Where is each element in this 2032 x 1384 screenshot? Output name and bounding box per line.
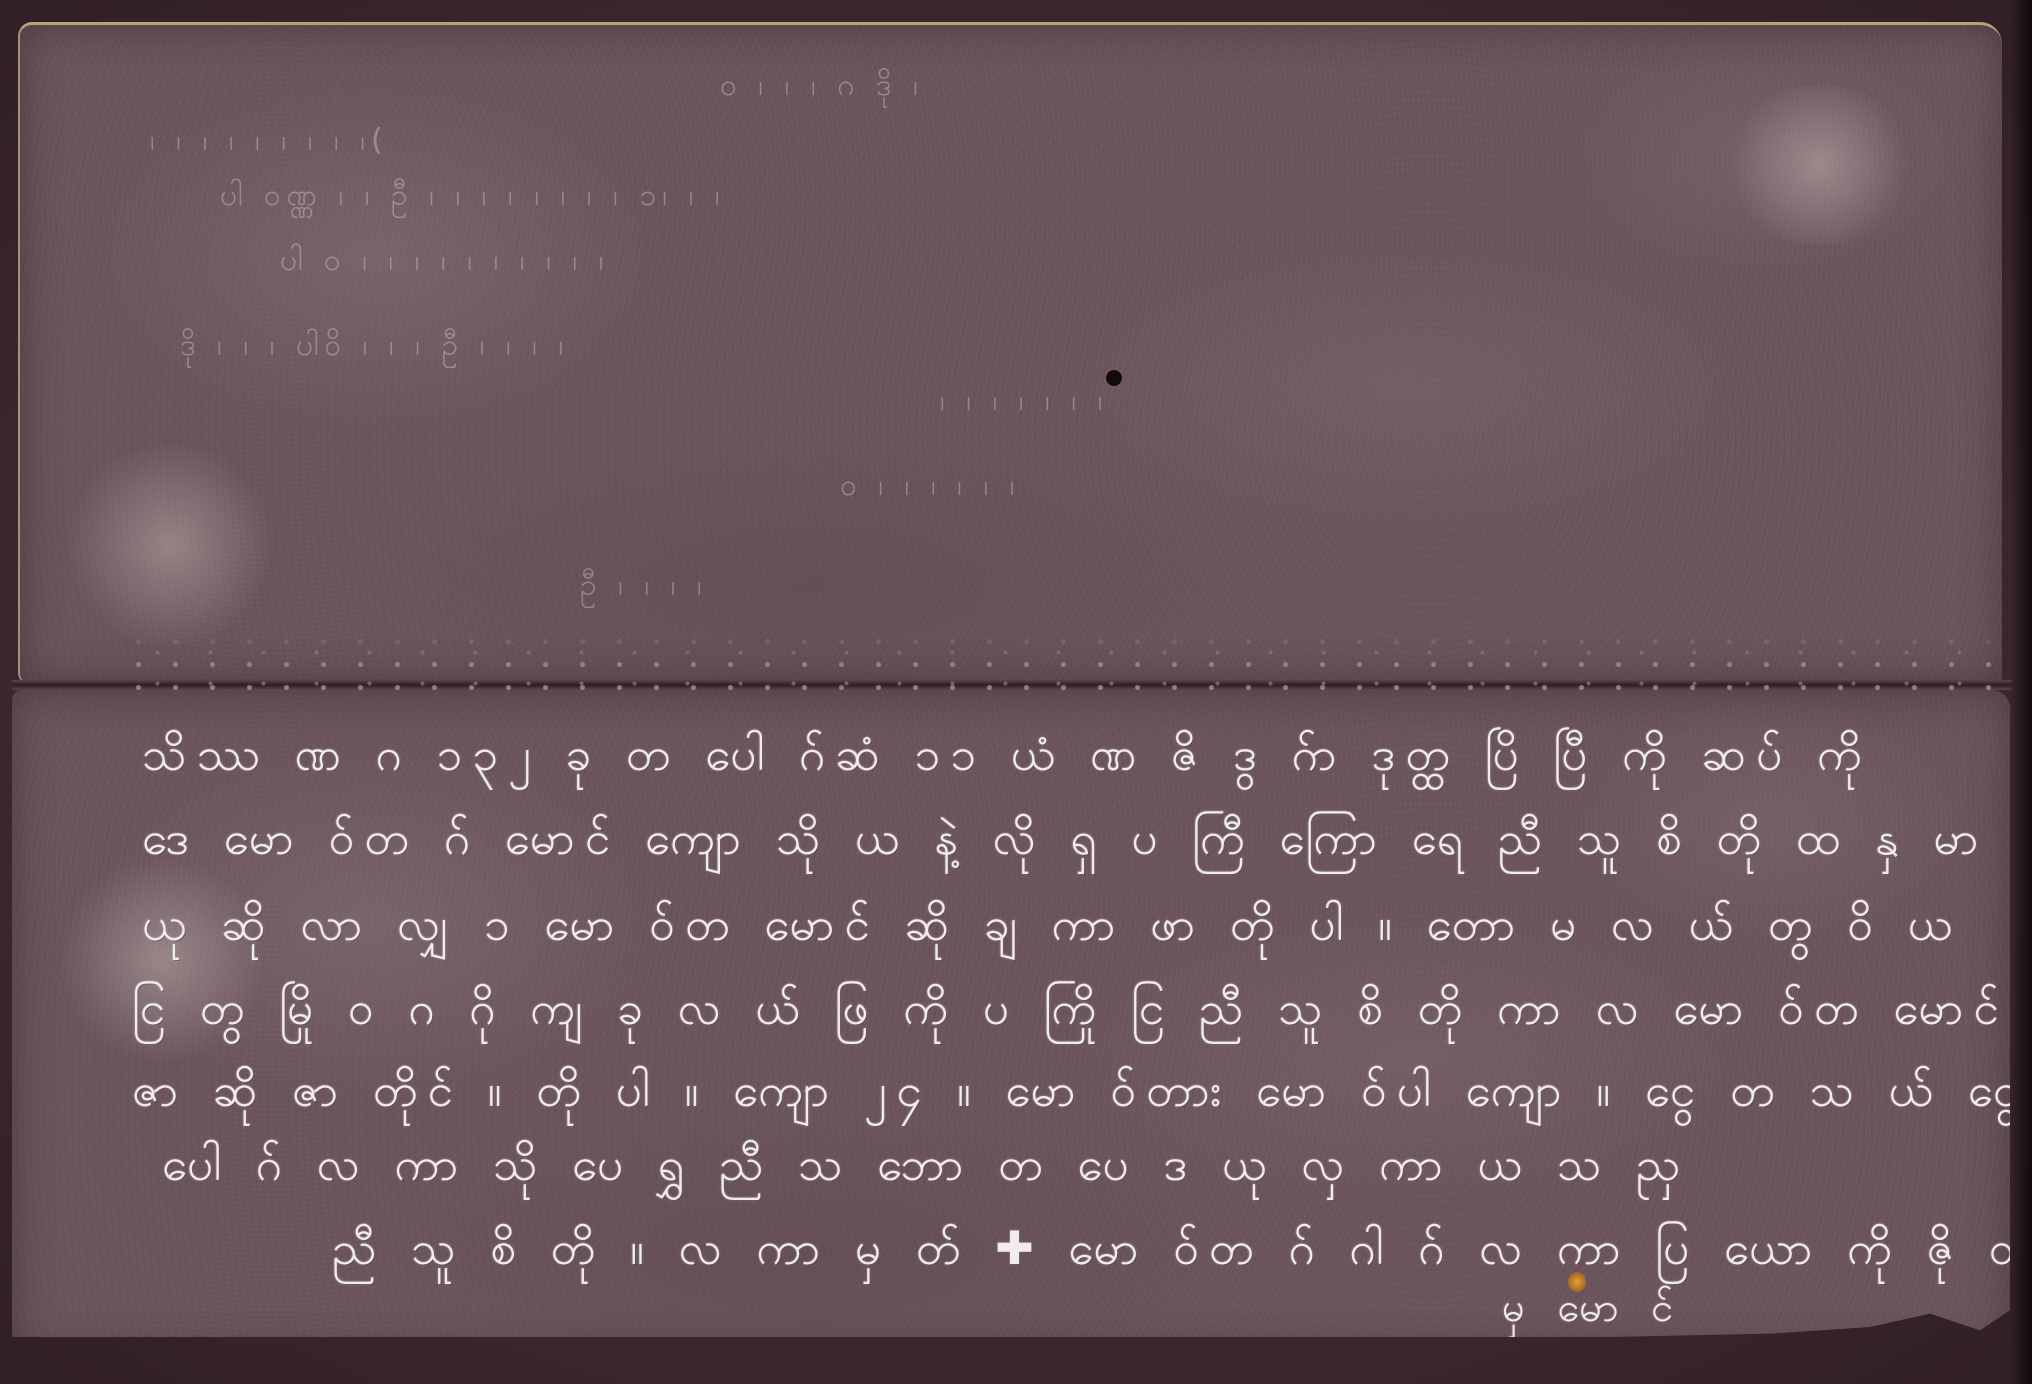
manuscript-line-5: ဇာ ဆို ဇာ တိုင် ။ တို ပါ ။ ကျော ၂၄ ။ မော… [132, 1062, 2032, 1129]
faint-text-line-7: ဝ ၊ ၊ ၊ ၊ ၊ ၊ [840, 465, 1021, 510]
orange-stain [1568, 1272, 1586, 1292]
manuscript-line-7: ညီ သူ စိ တို ။ လ ကာ မှ တ် ✚ မော ဝ်တ ဂ် ဂ… [332, 1220, 2025, 1287]
upper-folio-panel: ဝ ၊ ၊ ၊ ဂ ဒို ၊ ၊ ၊ ၊ ၊ ၊ ၊ ၊ ၊ ၊( ပါ ဝဏ… [18, 22, 2002, 683]
faint-text-line-4: ပါ ဝ ၊ ၊ ၊ ၊ ၊ ၊ ၊ ၊ ၊ ၊ [280, 240, 610, 285]
manuscript-line-2: ဒေ မော ဝ်တ ဂ် မောင် ကျော သို ယ နဲ့ လို ရ… [142, 810, 1989, 877]
faint-text-line-1: ဝ ၊ ၊ ၊ ဂ ဒို ၊ [720, 65, 924, 110]
right-edge-shadow [2010, 0, 2032, 1384]
faint-text-line-5: ဒို ၊ ၊ ၊ ပါဝိ ၊ ၊ ၊ ဦ ၊ ၊ ၊ ၊ [180, 325, 569, 370]
worm-hole [1106, 370, 1122, 386]
manuscript-line-3: ယု ဆို လာ လျှ ၁ မော ဝ်တ မောင် ဆို ချ ကာ … [142, 896, 1962, 963]
faint-text-line-2: ၊ ၊ ၊ ၊ ၊ ၊ ၊ ၊ ၊( [150, 120, 389, 165]
faint-text-line-3: ပါ ဝဏ္ဏ ၊ ၊ ဦ ၊ ၊ ၊ ၊ ၊ ၊ ၊ ၊ ၁၊ ၊ ၊ [220, 175, 726, 220]
faint-text-line-8: ဦ ၊ ၊ ၊ ၊ [580, 565, 708, 610]
manuscript-line-1: သိဿ ဏ ဂ ၁၃၂ ခု တ ပေါ ဂ်ဆံ ၁၁ ယံ ဏ ဇိ ဒွ … [142, 726, 1872, 793]
manuscript-photo: ဝ ၊ ၊ ၊ ဂ ဒို ၊ ၊ ၊ ၊ ၊ ၊ ၊ ၊ ၊ ၊( ပါ ဝဏ… [0, 0, 2032, 1384]
wear-spot [1720, 85, 1920, 245]
wear-spot [60, 445, 280, 645]
signature-line: မှ မော င် [1502, 1282, 1683, 1341]
manuscript-line-4: ငြ တွ မြို ဝ ဂ ဂို ကျ ခု လ ယ် ဖြ ကို ပ က… [132, 980, 2009, 1047]
manuscript-line-6: ပေါ ဂ် လ ကာ သို ပေ ရွှ ညီ သ ဘော တ ပေ ဒ ယ… [162, 1136, 1690, 1203]
lower-folio-panel: သိဿ ဏ ဂ ၁၃၂ ခု တ ပေါ ဂ်ဆံ ၁၁ ယံ ဏ ဇိ ဒွ … [12, 690, 2010, 1357]
faint-text-line-6: ၊ ၊ ၊ ၊ ၊ ၊ ၊ [940, 380, 1108, 425]
